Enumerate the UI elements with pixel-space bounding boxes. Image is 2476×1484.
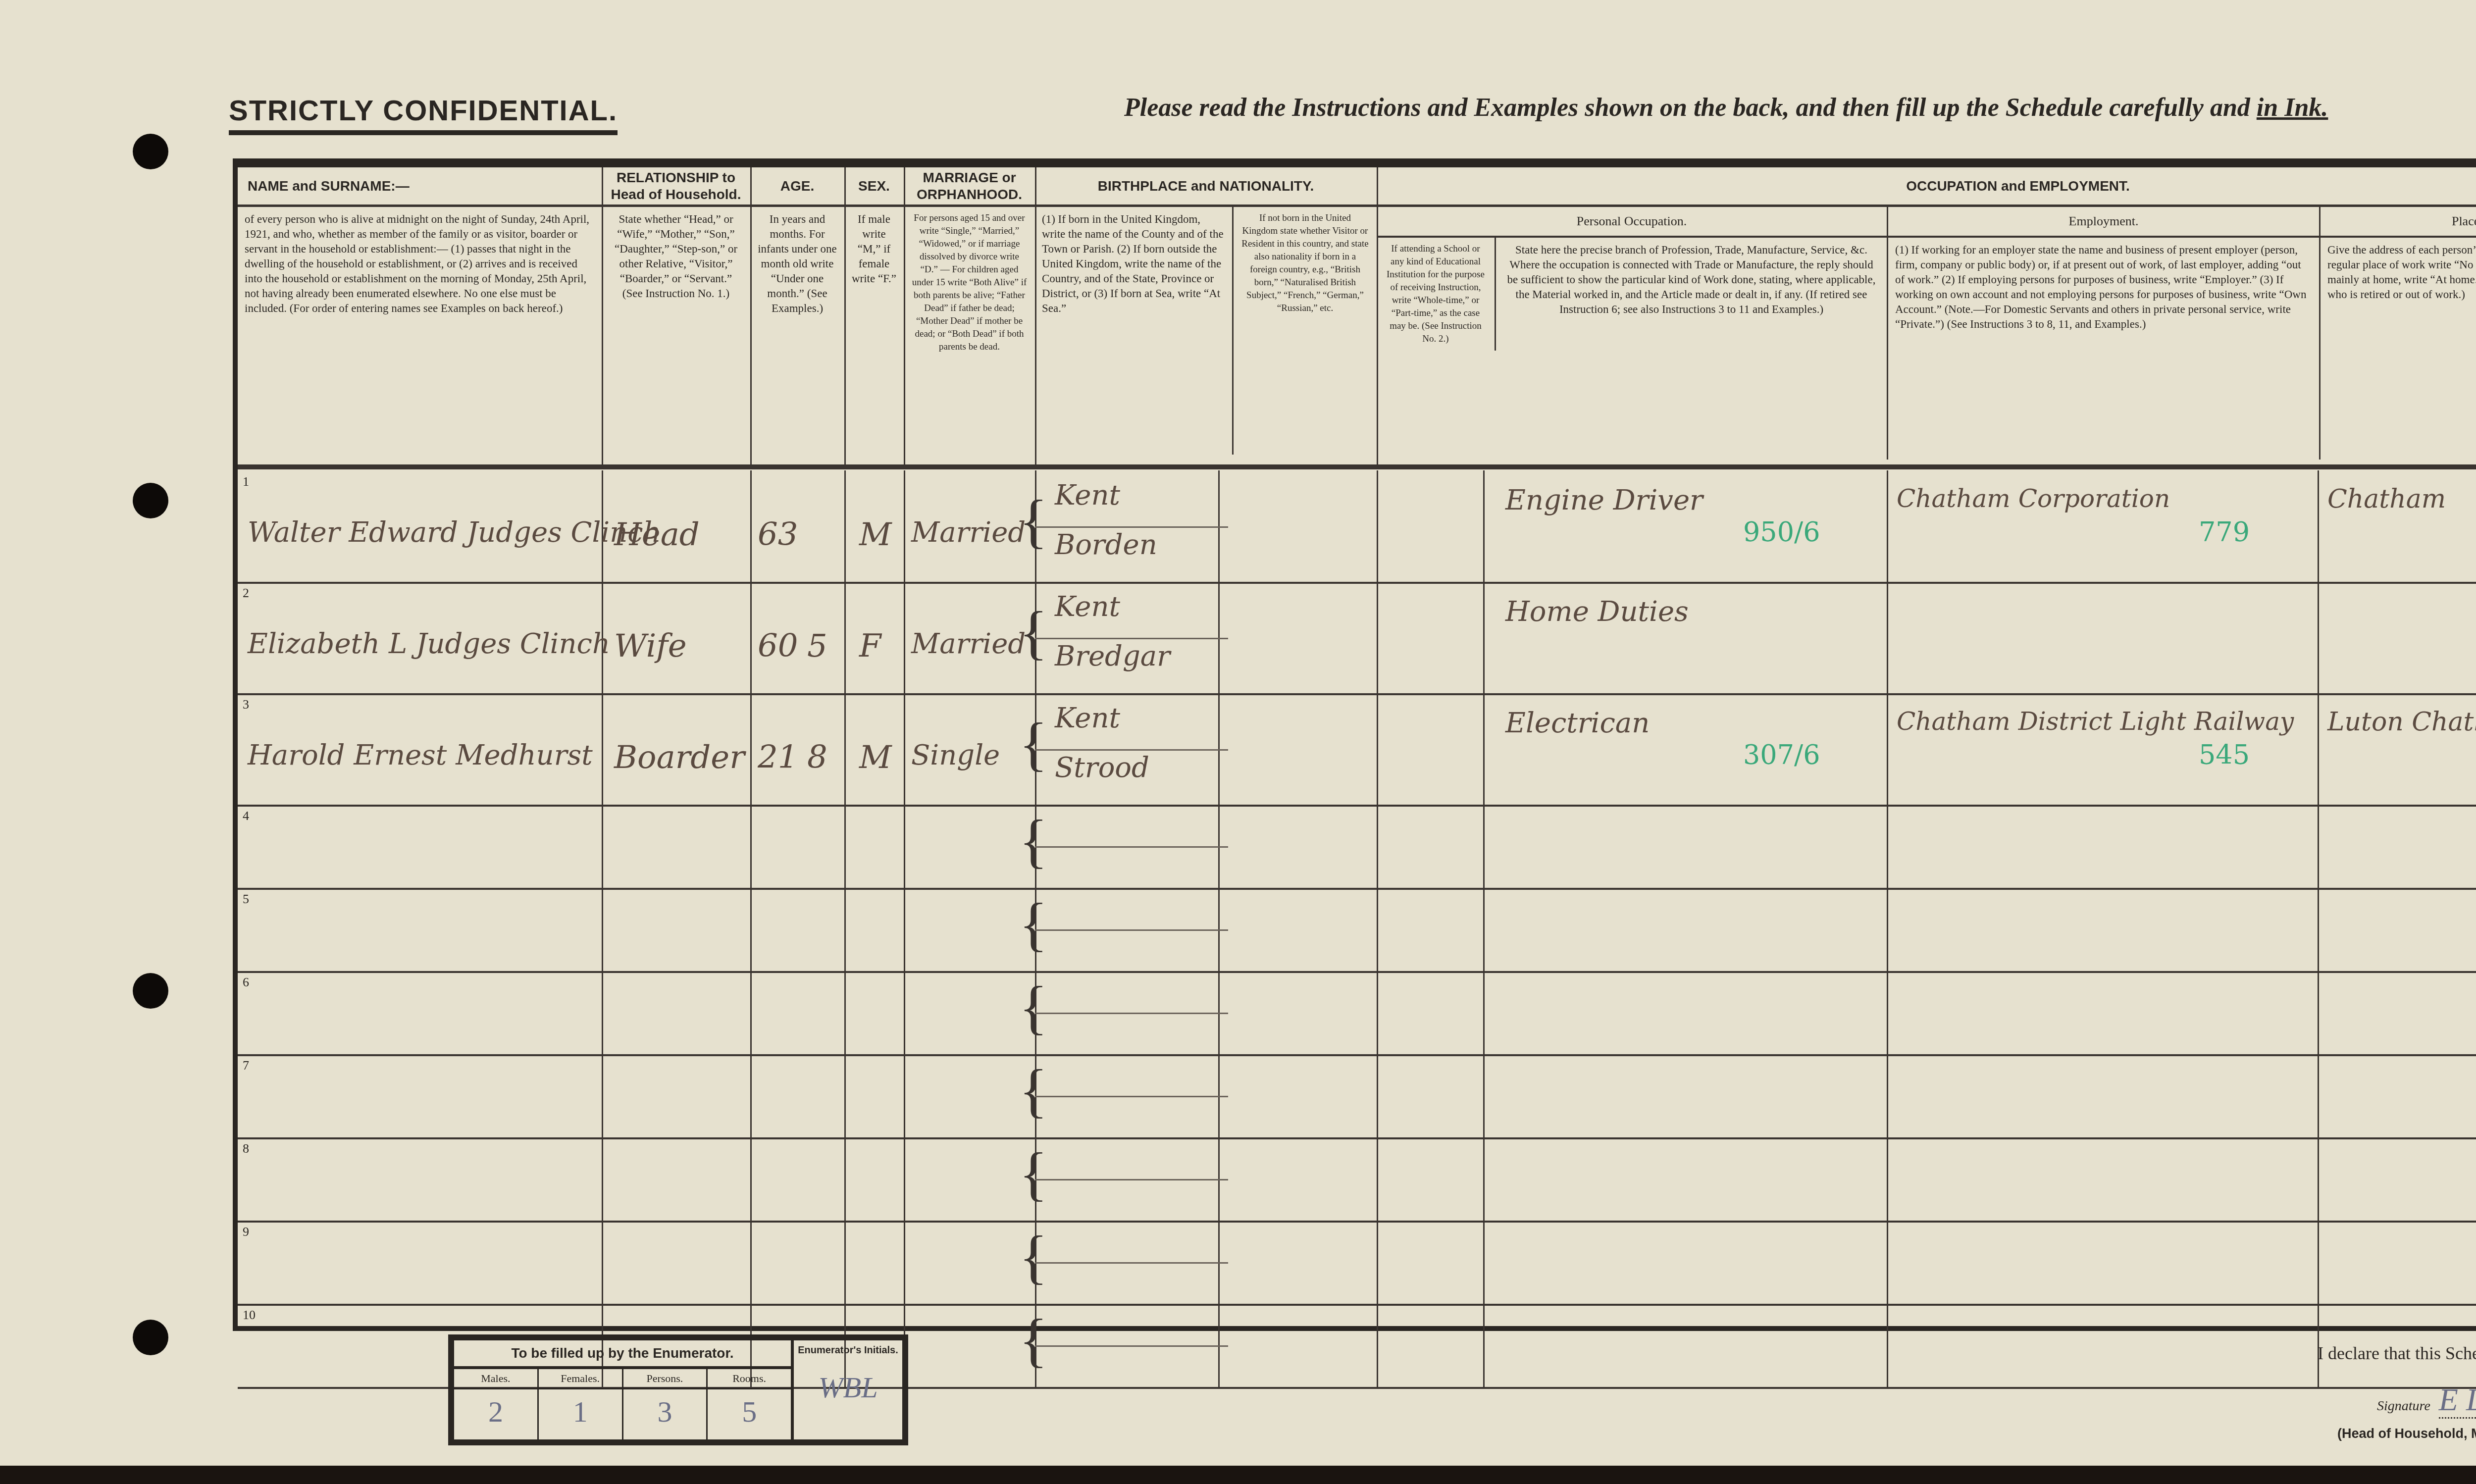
employer: Chatham District Light Railway [1897,707,2294,736]
cell-h[interactable] [1377,1304,1485,1387]
cell-age[interactable] [750,805,846,888]
brace-icon: { [1019,1144,1048,1204]
birth-county: Kent [1055,479,1120,512]
column-age: AGE. In years and months. For infants un… [750,167,846,464]
cell-h[interactable] [1377,693,1485,805]
cell-g[interactable] [1218,1054,1378,1137]
person-relationship: Head [614,516,700,553]
row-number: 3 [243,697,249,712]
cell-marriage[interactable] [904,1054,1036,1137]
cell-occupation[interactable] [1483,888,1888,971]
person-row: 1{ UnderAge last birthday. One1234567891… [238,470,2476,584]
cell-employer[interactable] [1887,582,2319,693]
occupation: Electrican [1505,707,1650,739]
strictly-confidential-title: STRICTLY CONFIDENTIAL. [229,94,618,135]
signature-line: Signature E L Judges-Clinch [2377,1382,2476,1418]
birthplace-divider [1035,1179,1228,1180]
cell-relationship[interactable] [602,805,752,888]
cell-employer[interactable] [1887,1054,2319,1137]
person-name: Harold Ernest Medhurst [248,739,593,771]
person-name: Walter Edward Judges Clinch [248,516,661,549]
cell-h[interactable] [1377,805,1485,888]
cell-name[interactable] [238,888,603,971]
declaration-text: I declare that this Schedule is correctl… [2318,1343,2476,1364]
age-years: 21 [758,739,798,776]
cell-occupation[interactable] [1483,1054,1888,1137]
header-divider [238,464,2476,469]
cell-workplace[interactable] [2318,805,2476,888]
cell-h[interactable] [1377,582,1485,693]
brace-icon: { [1019,978,1048,1037]
cell-sex[interactable] [844,805,905,888]
birthplace-divider [1035,846,1228,848]
signature-field[interactable]: E L Judges-Clinch [2439,1382,2476,1419]
cell-occupation[interactable] [1483,805,1888,888]
cell-g[interactable] [1218,971,1378,1054]
column-marriage: MARRIAGE or ORPHANHOOD. For persons aged… [904,167,1036,464]
birthplace-divider [1035,1013,1228,1014]
brace-icon: { [1019,812,1048,871]
punch-hole [133,134,168,169]
row-number: 9 [243,1225,249,1239]
cell-age[interactable] [750,1054,846,1137]
column-headers: NAME and SURNAME:— of every person who i… [238,167,2476,464]
age-years: 60 [758,628,798,665]
person-row: 8{ UnderAge last birthday. One1234567891… [238,1137,2476,1223]
row-number: 6 [243,975,249,990]
cell-g[interactable] [1218,888,1378,971]
cell-h[interactable] [1377,888,1485,971]
cell-workplace[interactable] [2318,1137,2476,1221]
cell-h[interactable] [1377,971,1485,1054]
punch-hole [133,1320,168,1355]
cell-age[interactable] [750,1221,846,1304]
birthplace-divider [1035,749,1228,751]
brace-icon: { [1019,1061,1048,1121]
cell-employer[interactable] [1887,1221,2319,1304]
census-form-table: NAME and SURNAME:— of every person who i… [233,158,2476,1331]
rooms-count[interactable]: 5 [708,1389,791,1439]
cell-marriage[interactable] [904,1137,1036,1221]
person-sex: F [859,628,881,665]
cell-occupation[interactable] [1483,1304,1888,1387]
age-months: 8 [807,739,827,776]
cell-h[interactable] [1377,470,1485,582]
person-rows: 1{ UnderAge last birthday. One1234567891… [238,470,2476,1326]
person-row: 2{ UnderAge last birthday. One1234567891… [238,582,2476,695]
brace-icon: { [1019,895,1048,954]
cell-h[interactable] [1377,1221,1485,1304]
workplace: Chatham [2327,484,2446,514]
age-months: 5 [807,628,827,665]
birthplace-divider [1035,1096,1228,1097]
person-relationship: Boarder [614,739,745,776]
cell-occupation[interactable] [1483,971,1888,1054]
signature-note: (Head of Household, Manager of Establish… [2337,1426,2476,1441]
females-count[interactable]: 1 [539,1389,622,1439]
cell-h[interactable] [1377,1137,1485,1221]
cell-sex[interactable] [844,888,905,971]
cell-g[interactable] [1218,470,1378,582]
cell-sex[interactable] [844,1137,905,1221]
occupation: Engine Driver [1505,484,1703,516]
column-name: NAME and SURNAME:— of every person who i… [238,167,603,464]
enumerator-initials[interactable]: WBL [794,1360,902,1439]
cell-workplace[interactable] [2318,971,2476,1054]
cell-h[interactable] [1377,1054,1485,1137]
cell-relationship[interactable] [602,1054,752,1137]
birthplace-divider [1035,1262,1228,1264]
birthplace-divider [1035,526,1228,528]
page-edge [0,1466,2476,1484]
birth-county: Kent [1055,591,1120,623]
workplace: Luton Chatham [2327,707,2476,737]
marital-status: Married [911,516,1026,549]
cell-age[interactable] [750,888,846,971]
birthplace-divider [1035,1345,1228,1347]
cell-workplace[interactable] [2318,888,2476,971]
column-relationship: RELATIONSHIP to Head of Household. State… [602,167,752,464]
row-number: 7 [243,1058,249,1073]
cell-sex[interactable] [844,1221,905,1304]
employer-code: 779 [2199,516,2250,548]
cell-g[interactable] [1218,1137,1378,1221]
person-row: 3{ UnderAge last birthday. One1234567891… [238,693,2476,807]
cell-g[interactable] [1218,693,1378,805]
cell-occupation[interactable] [1483,1221,1888,1304]
birthplace-divider [1035,638,1228,639]
cell-g[interactable] [1218,1304,1378,1387]
cell-name[interactable] [238,1137,603,1221]
person-name: Elizabeth L Judges Clinch [248,628,610,660]
age-years: 63 [758,516,798,553]
row-number: 1 [243,474,249,489]
cell-relationship[interactable] [602,1137,752,1221]
row-number: 2 [243,586,249,601]
punch-hole [133,483,168,518]
person-row: 6{ UnderAge last birthday. One1234567891… [238,971,2476,1056]
enumerator-summary-box: To be filled up by the Enumerator. Males… [448,1334,908,1445]
instructions-line: Please read the Instructions and Example… [1124,93,2328,122]
cell-workplace[interactable] [2318,1221,2476,1304]
cell-name[interactable] [238,971,603,1054]
cell-age[interactable] [750,971,846,1054]
cell-workplace[interactable] [2318,1054,2476,1137]
cell-employer[interactable] [1887,1137,2319,1221]
cell-employer[interactable] [1887,1304,2319,1387]
person-relationship: Wife [614,628,687,665]
cell-name[interactable] [238,805,603,888]
birth-town: Strood [1055,752,1149,784]
birthplace-divider [1035,929,1228,931]
cell-relationship[interactable] [602,971,752,1054]
cell-employer[interactable] [1887,805,2319,888]
cell-sex[interactable] [844,971,905,1054]
cell-name[interactable] [238,1054,603,1137]
birth-county: Kent [1055,702,1120,734]
cell-marriage[interactable] [904,1221,1036,1304]
employer-code: 545 [2199,739,2250,770]
employer: Chatham Corporation [1897,484,2170,513]
persons-count[interactable]: 3 [623,1389,707,1439]
cell-workplace[interactable] [2318,582,2476,693]
cell-marriage[interactable] [904,971,1036,1054]
brace-icon: { [1019,1311,1048,1370]
row-number: 10 [243,1308,256,1323]
cell-marriage[interactable] [904,805,1036,888]
cell-employer[interactable] [1887,888,2319,971]
cell-g[interactable] [1218,1221,1378,1304]
cell-relationship[interactable] [602,1221,752,1304]
column-birthplace: BIRTHPLACE and NATIONALITY. (1) If born … [1035,167,1378,464]
person-row: 5{ UnderAge last birthday. One1234567891… [238,888,2476,973]
person-sex: M [859,739,892,776]
row-number: 4 [243,809,249,823]
cell-marriage[interactable] [904,1304,1036,1387]
cell-employer[interactable] [1887,971,2319,1054]
marital-status: Married [911,628,1026,660]
person-row: 7{ UnderAge last birthday. One1234567891… [238,1054,2476,1139]
cell-name[interactable] [238,1221,603,1304]
occupation-code: 307/6 [1743,739,1820,770]
birth-town: Borden [1055,529,1157,561]
brace-icon: { [1019,1228,1048,1287]
birth-town: Bredgar [1055,640,1170,672]
occupation: Home Duties [1505,596,1689,628]
row-number: 5 [243,892,249,907]
column-occupation: OCCUPATION and EMPLOYMENT. Personal Occu… [1377,167,2476,464]
brace-icon: { [1019,715,1048,774]
punch-hole [133,973,168,1009]
marital-status: Single [911,739,1000,771]
cell-g[interactable] [1218,805,1378,888]
cell-g[interactable] [1218,582,1378,693]
person-row: 9{ UnderAge last birthday. One1234567891… [238,1221,2476,1306]
cell-marriage[interactable] [904,888,1036,971]
cell-relationship[interactable] [602,888,752,971]
person-sex: M [859,516,892,553]
occupation-code: 950/6 [1743,516,1820,548]
cell-occupation[interactable] [1483,1137,1888,1221]
cell-age[interactable] [750,1137,846,1221]
column-sex: SEX. If male write “M,” if female write … [844,167,905,464]
row-number: 8 [243,1141,249,1156]
males-count[interactable]: 2 [454,1389,537,1439]
person-row: 4{ UnderAge last birthday. One1234567891… [238,805,2476,890]
cell-sex[interactable] [844,1054,905,1137]
